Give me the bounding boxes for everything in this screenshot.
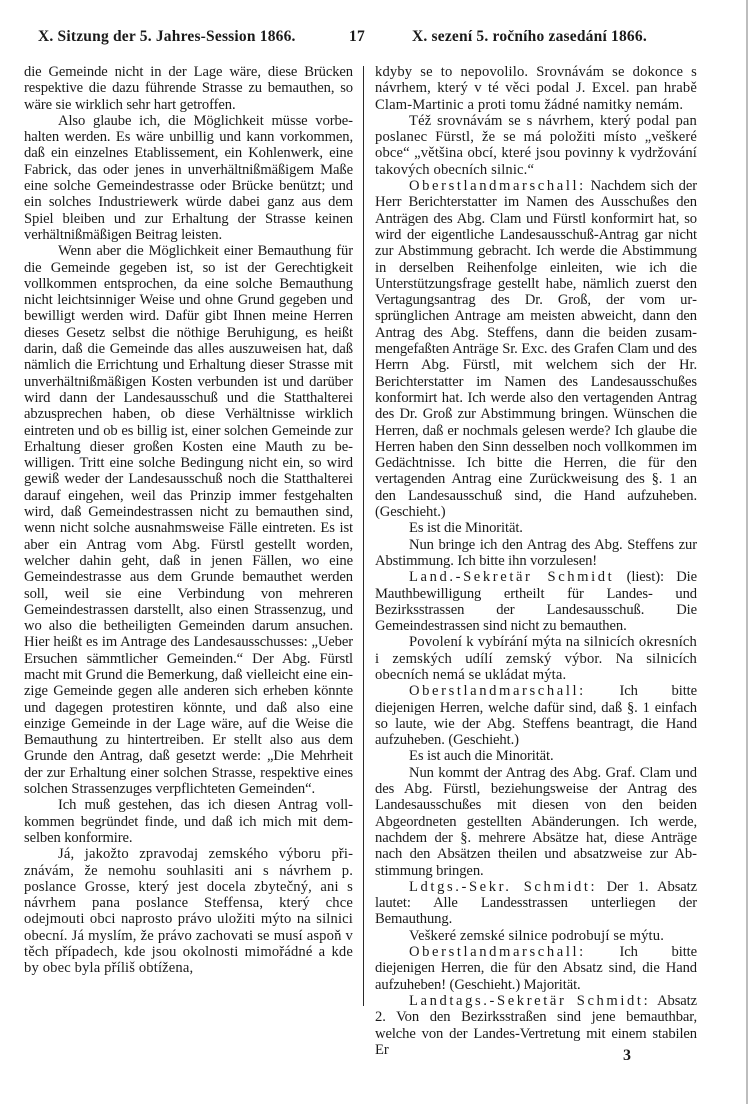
speech-paragraph: Oberstlandmarschall: Ich bitte diejenige… [375, 944, 697, 993]
left-column: die Gemeinde nicht in der Lage wäre, die… [24, 64, 353, 977]
paragraph-de: Also glaube ich, die Möglichkeit müsse v… [24, 113, 353, 243]
paragraph-cs: kdyby se to nepovolilo. Srovnávám se dok… [375, 64, 697, 113]
paragraph-cs: Povolení k vybírání mýta na silnicích ok… [375, 634, 697, 683]
paragraph-de: Ich muß gestehen, das ich diesen Antrag … [24, 797, 353, 846]
paragraph-de: die Gemeinde nicht in der Lage wäre, die… [24, 64, 353, 113]
speech-paragraph: Oberstlandmarschall: Nachdem sich der He… [375, 178, 697, 520]
paragraph-de: Wenn aber die Möglichkeit einer Bemauthu… [24, 243, 353, 797]
paragraph-cs: Též srovnávám se s návrhem, který podal … [375, 113, 697, 178]
paragraph-de: Es ist die Minorität. [375, 520, 697, 536]
speaker-name: Land.-Sekretär Schmidt [409, 569, 614, 585]
speech-paragraph: Ldtgs.-Sekr. Schmidt: Der 1. Absatz laut… [375, 879, 697, 928]
column-divider [363, 66, 364, 1006]
speaker-name: Oberstlandmarschall: [409, 178, 586, 194]
speech-paragraph: Oberstlandmarschall: Ich bitte diejenige… [375, 683, 697, 748]
signature-mark: 3 [623, 1047, 631, 1065]
speaker-name: Oberstlandmarschall: [409, 683, 586, 699]
speech-paragraph: Landtags.-Sekretär Schmidt: Absatz 2. Vo… [375, 993, 697, 1058]
speaker-name: Oberstlandmarschall: [409, 944, 586, 960]
speech-paragraph: Land.-Sekretär Schmidt (liest): Die Maut… [375, 569, 697, 634]
speaker-name: Ldtgs.-Sekr. Schmidt: [409, 879, 597, 895]
page-header: X. Sitzung der 5. Jahres-Session 1866. 1… [0, 28, 750, 50]
speaker-name: Landtags.-Sekretär Schmidt: [409, 993, 650, 1009]
page-number: 17 [349, 28, 365, 46]
speech-text: Nachdem sich der Herr Berichterstatter i… [375, 178, 697, 520]
paragraph-cs: Veškeré zemské silnice podrobují se mýtu… [375, 928, 697, 944]
paragraph-de: Nun bringe ich den Antrag des Abg. Steff… [375, 537, 697, 570]
right-column: kdyby se to nepovolilo. Srovnávám se dok… [375, 64, 697, 1058]
paragraph-de: Nun kommt der Antrag des Abg. Graf. Clam… [375, 765, 697, 879]
paragraph-cs: Já, jakožto zpravodaj zemského výboru př… [24, 846, 353, 976]
header-title-czech: X. sezení 5. ročního zasedání 1866. [412, 28, 647, 46]
page-edge-line [746, 0, 748, 1104]
header-title-german: X. Sitzung der 5. Jahres-Session 1866. [38, 28, 296, 46]
paragraph-de: Es ist auch die Minorität. [375, 748, 697, 764]
